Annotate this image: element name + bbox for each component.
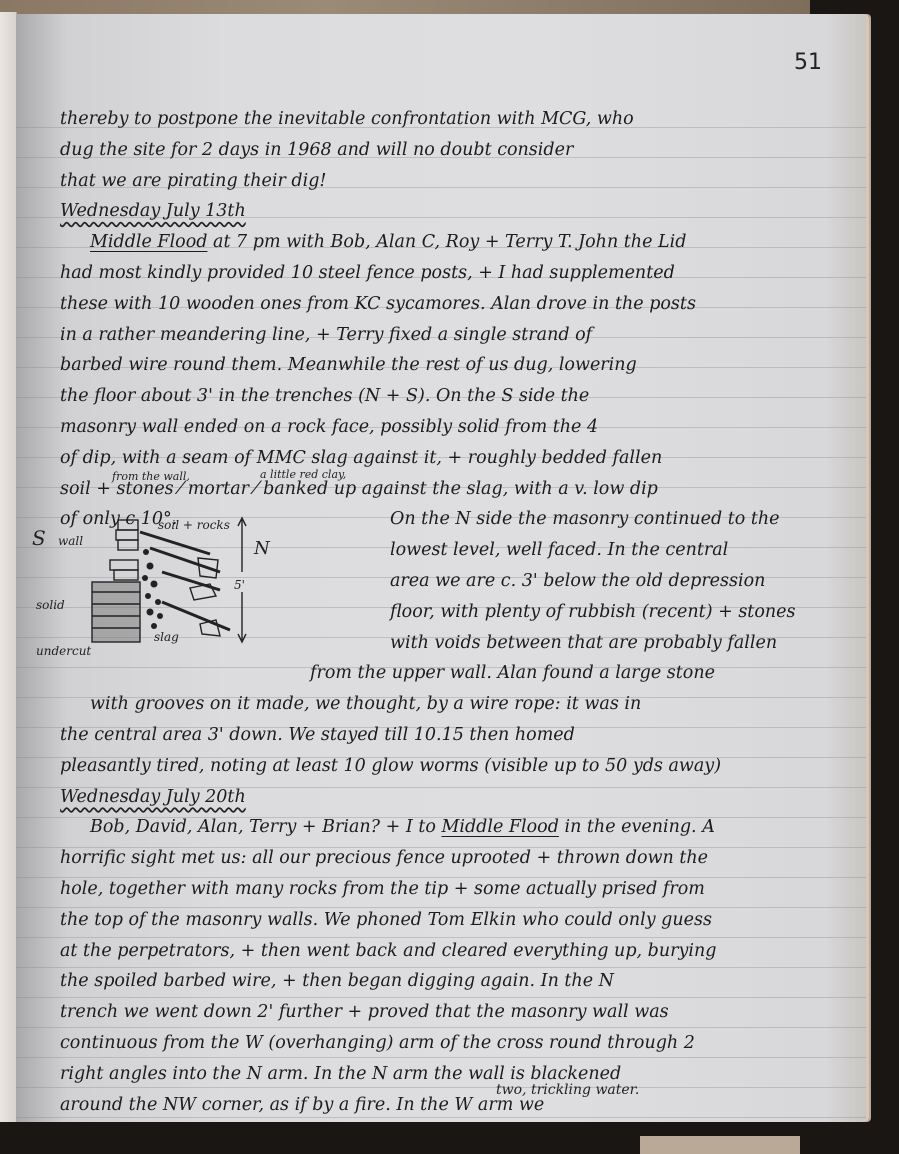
entry-heading-july-13: Wednesday July 13th xyxy=(60,196,852,227)
text-line: Bob, David, Alan, Terry + Brian? + I to … xyxy=(60,812,852,843)
text-line: pleasantly tired, noting at least 10 glo… xyxy=(60,751,852,782)
site-name: Middle Flood xyxy=(441,817,558,837)
text-line: horrific sight met us: all our precious … xyxy=(60,843,852,874)
notebook-page: 51 thereby to postpone the inevitable co… xyxy=(16,14,869,1122)
text-line: hole, together with many rocks from the … xyxy=(60,874,852,905)
sketch-label-undercut: undercut xyxy=(36,644,91,658)
text-line: masonry wall ended on a rock face, possi… xyxy=(60,412,852,443)
sketch-label-south: S xyxy=(32,526,46,550)
sketch-label-soil-rocks: soil + rocks xyxy=(158,518,230,532)
page-stack-edge xyxy=(0,12,17,1122)
text-span: in the evening. A xyxy=(559,817,715,837)
interlinear-note: two, trickling water. xyxy=(496,1082,639,1098)
cross-section-sketch: S wall soil + rocks N 5' solid slag unde… xyxy=(30,512,260,662)
text-line: dug the site for 2 days in 1968 and will… xyxy=(60,135,852,166)
text-line: continuous from the W (overhanging) arm … xyxy=(60,1028,852,1059)
text-line: the spoiled barbed wire, + then began di… xyxy=(60,966,852,997)
text-line: barbed wire round them. Meanwhile the re… xyxy=(60,350,852,381)
text-span: area we are c. 3' below the old depressi… xyxy=(390,566,765,597)
sketch-label-north: N xyxy=(254,538,270,559)
text-span: with voids between that are probably fal… xyxy=(390,628,777,659)
site-name: Middle Flood xyxy=(90,232,207,252)
sketch-label-height: 5' xyxy=(234,578,245,592)
sketch-label-solid: solid xyxy=(36,598,65,612)
heading-text: Wednesday July 20th xyxy=(60,782,246,813)
text-line: the floor about 3' in the trenches (N + … xyxy=(60,381,852,412)
text-line: in a rather meandering line, + Terry fix… xyxy=(60,320,852,351)
text-line-with-insertions: from the wall, a little red clay, soil +… xyxy=(60,474,852,505)
text-span: On the N side the masonry continued to t… xyxy=(390,504,780,535)
text-span: Bob, David, Alan, Terry + Brian? + I to xyxy=(90,817,441,837)
text-line: these with 10 wooden ones from KC sycamo… xyxy=(60,289,852,320)
text-line: thereby to postpone the inevitable confr… xyxy=(60,104,852,135)
cardboard-backing-bottom xyxy=(640,1136,800,1154)
entry-heading-july-20: Wednesday July 20th xyxy=(60,782,852,813)
text-line: around the NW corner, as if by a fire. I… xyxy=(60,1090,852,1121)
sketch-label-wall: wall xyxy=(58,534,83,548)
text-line: Middle Flood at 7 pm with Bob, Alan C, R… xyxy=(60,227,852,258)
text-line: that we are pirating their dig! xyxy=(60,166,852,197)
heading-text: Wednesday July 13th xyxy=(60,196,246,227)
text-line: trench we went down 2' further + proved … xyxy=(60,997,852,1028)
text-line: from the upper wall. Alan found a large … xyxy=(60,658,852,689)
sketch-label-slag: slag xyxy=(154,630,179,644)
text-line: had most kindly provided 10 steel fence … xyxy=(60,258,852,289)
text-span: lowest level, well faced. In the central xyxy=(390,535,728,566)
text-line: with grooves on it made, we thought, by … xyxy=(60,689,852,720)
page-number: 51 xyxy=(794,50,822,75)
text-span: floor, with plenty of rubbish (recent) +… xyxy=(390,597,795,628)
text-line: at the perpetrators, + then went back an… xyxy=(60,936,852,967)
interlinear-insertion: from the wall, xyxy=(112,462,190,493)
interlinear-insertion: a little red clay, xyxy=(260,460,346,491)
text-line: right angles into the N arm. In the N ar… xyxy=(60,1059,852,1090)
text-span: at 7 pm with Bob, Alan C, Roy + Terry T.… xyxy=(207,232,686,252)
text-line: the central area 3' down. We stayed till… xyxy=(60,720,852,751)
text-line: the top of the masonry walls. We phoned … xyxy=(60,905,852,936)
